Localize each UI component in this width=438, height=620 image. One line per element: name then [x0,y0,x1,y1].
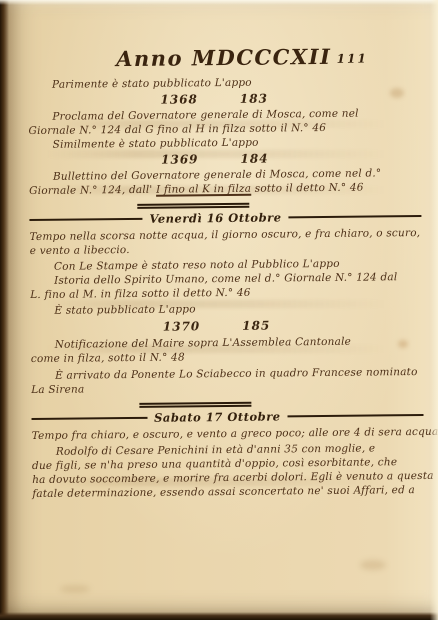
day-heading-row: Sabato 17 Ottobre [31,408,423,426]
day-heading-row: Venerdì 16 Ottobre [29,209,421,227]
manuscript-content: Anno MDCCCXII 111 Parimente è stato pubb… [28,44,425,501]
page-top-edge [0,0,438,5]
registry-numbers-row: 1370 185 [10,317,422,335]
bullettino-line-2-post: sotto il detto N.° 46 [251,182,364,195]
entry-number: 1369 [161,152,199,166]
double-rule [139,402,251,405]
entry-number: 1370 [163,319,201,333]
day-heading-saturday: Sabato 17 Ottobre [154,409,281,424]
heading-rule-right [288,414,424,417]
registry-numbers-row: 1369 184 [9,150,421,168]
filza-number: 183 [240,92,268,106]
similmente-line: Similmente è stato pubblicato L'appo [29,134,421,152]
folio-number: 111 [337,52,368,66]
heading-rule-left [29,218,142,221]
page-right-edge [430,0,438,620]
manuscript-scan: Anno MDCCCXII 111 Parimente è stato pubb… [0,0,438,620]
page-header: Anno MDCCCXII 111 [28,44,420,72]
year-title: Anno MDCCCXII [116,44,331,71]
bullettino-line-2-underlined: I fino al K in filza [156,183,251,196]
filza-number: 184 [240,152,268,166]
section-divider: Sabato 17 Ottobre [31,400,423,426]
heading-rule-left [32,417,148,420]
day-heading-friday: Venerdì 16 Ottobre [149,210,281,225]
intro-published-line: Parimente è stato pubblicato L'appo [28,74,420,92]
book-gutter-shadow [0,0,9,620]
entry-number: 1368 [160,92,198,106]
bullettino-line-2: Giornale N.° 124, dall' I fino al K in f… [29,180,421,198]
double-rule [137,203,249,206]
saturday-weather: Tempo fra chiaro, e oscuro, e vento a gr… [32,425,424,443]
friday-istoria-2: L. fino al M. in filza sotto il detto N.… [30,284,422,302]
page-bottom-edge [0,612,438,620]
heading-rule-right [288,215,421,218]
bullettino-line-2-pre: Giornale N.° 124, dall' [29,184,156,197]
friday-notificazione-2: come in filza, sotto il N.° 48 [31,348,423,366]
friday-pubblicato-line: È stato pubblicato L'appo [30,300,422,318]
registry-numbers-row: 1368 183 [8,90,420,108]
filza-number: 185 [242,319,270,333]
friday-weather-2: e vento a libeccio. [30,240,422,258]
section-divider: Venerdì 16 Ottobre [29,201,421,227]
